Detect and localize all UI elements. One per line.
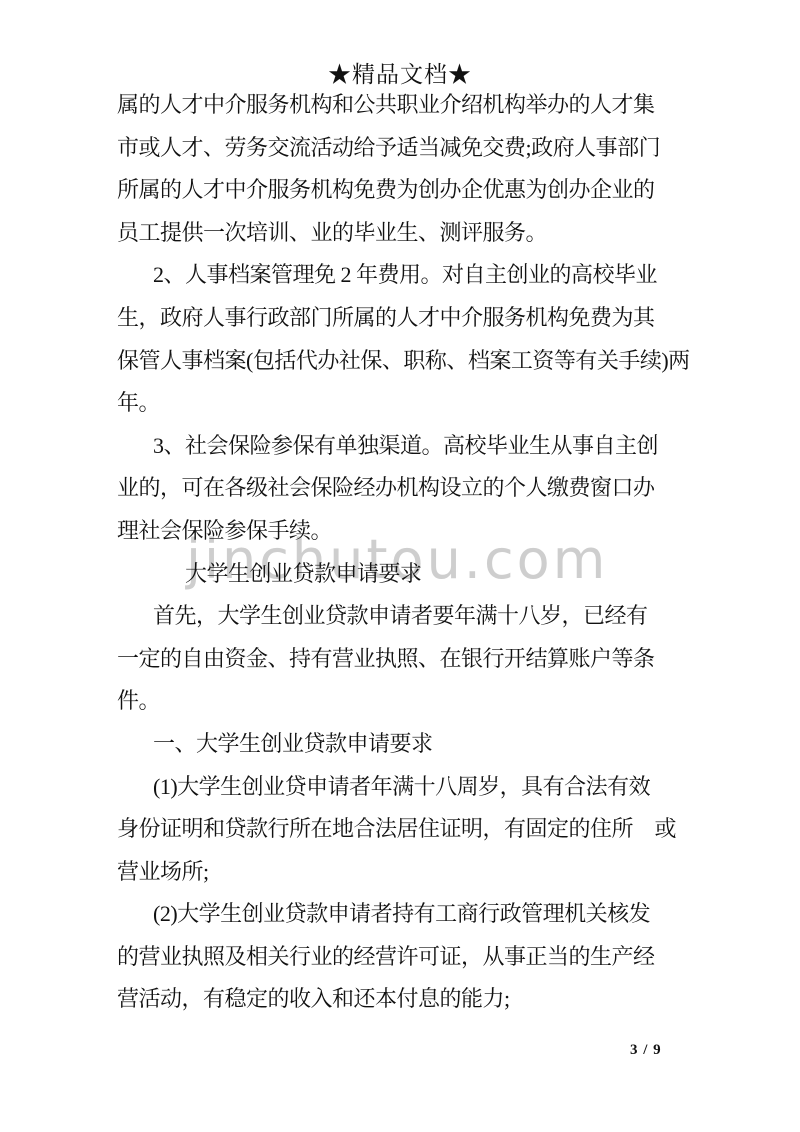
text-line: 员工提供一次培训、业的毕业生、测评服务。 bbox=[117, 212, 737, 255]
text-line: 件。 bbox=[117, 680, 737, 723]
text-line: 业的，可在各级社会保险经办机构设立的个人缴费窗口办 bbox=[117, 467, 737, 510]
text-line: 营业场所; bbox=[117, 851, 737, 894]
text-line: 市或人才、劳务交流活动给予适当减免交费;政府人事部门 bbox=[117, 127, 737, 170]
text-line: (1)大学生创业贷申请者年满十八周岁，具有合法有效 bbox=[117, 766, 737, 809]
text-line: (2)大学生创业贷款申请者持有工商行政管理机关核发 bbox=[117, 893, 737, 936]
document-page: ★精品文档★ jinchutou.com 属的人才中介服务机构和公共职业介绍机构… bbox=[0, 0, 800, 1132]
document-body: 属的人才中介服务机构和公共职业介绍机构举办的人才集市或人才、劳务交流活动给予适当… bbox=[117, 84, 737, 1021]
text-line: 身份证明和贷款行所在地合法居住证明，有固定的住所 或 bbox=[117, 808, 737, 851]
text-line: 一、大学生创业贷款申请要求 bbox=[117, 723, 737, 766]
text-line: 理社会保险参保手续。 bbox=[117, 510, 737, 553]
text-line: 营活动，有稳定的收入和还本付息的能力; bbox=[117, 978, 737, 1021]
text-line: 保管人事档案(包括代办社保、职称、档案工资等有关手续)两 bbox=[117, 340, 737, 383]
text-line: 年。 bbox=[117, 382, 737, 425]
text-line: 2、人事档案管理免 2 年费用。对自主创业的高校毕业 bbox=[117, 254, 737, 297]
text-line: 首先，大学生创业贷款申请者要年满十八岁，已经有 bbox=[117, 595, 737, 638]
text-line: 3、社会保险参保有单独渠道。高校毕业生从事自主创 bbox=[117, 425, 737, 468]
text-line: 生，政府人事行政部门所属的人才中介服务机构免费为其 bbox=[117, 297, 737, 340]
page-number: 3 / 9 bbox=[630, 1042, 662, 1059]
text-line: 属的人才中介服务机构和公共职业介绍机构举办的人才集 bbox=[117, 84, 737, 127]
text-line: 大学生创业贷款申请要求 bbox=[117, 553, 737, 596]
text-line: 所属的人才中介服务机构免费为创办企优惠为创办企业的 bbox=[117, 169, 737, 212]
text-line: 一定的自由资金、持有营业执照、在银行开结算账户等条 bbox=[117, 638, 737, 681]
text-line: 的营业执照及相关行业的经营许可证，从事正当的生产经 bbox=[117, 936, 737, 979]
